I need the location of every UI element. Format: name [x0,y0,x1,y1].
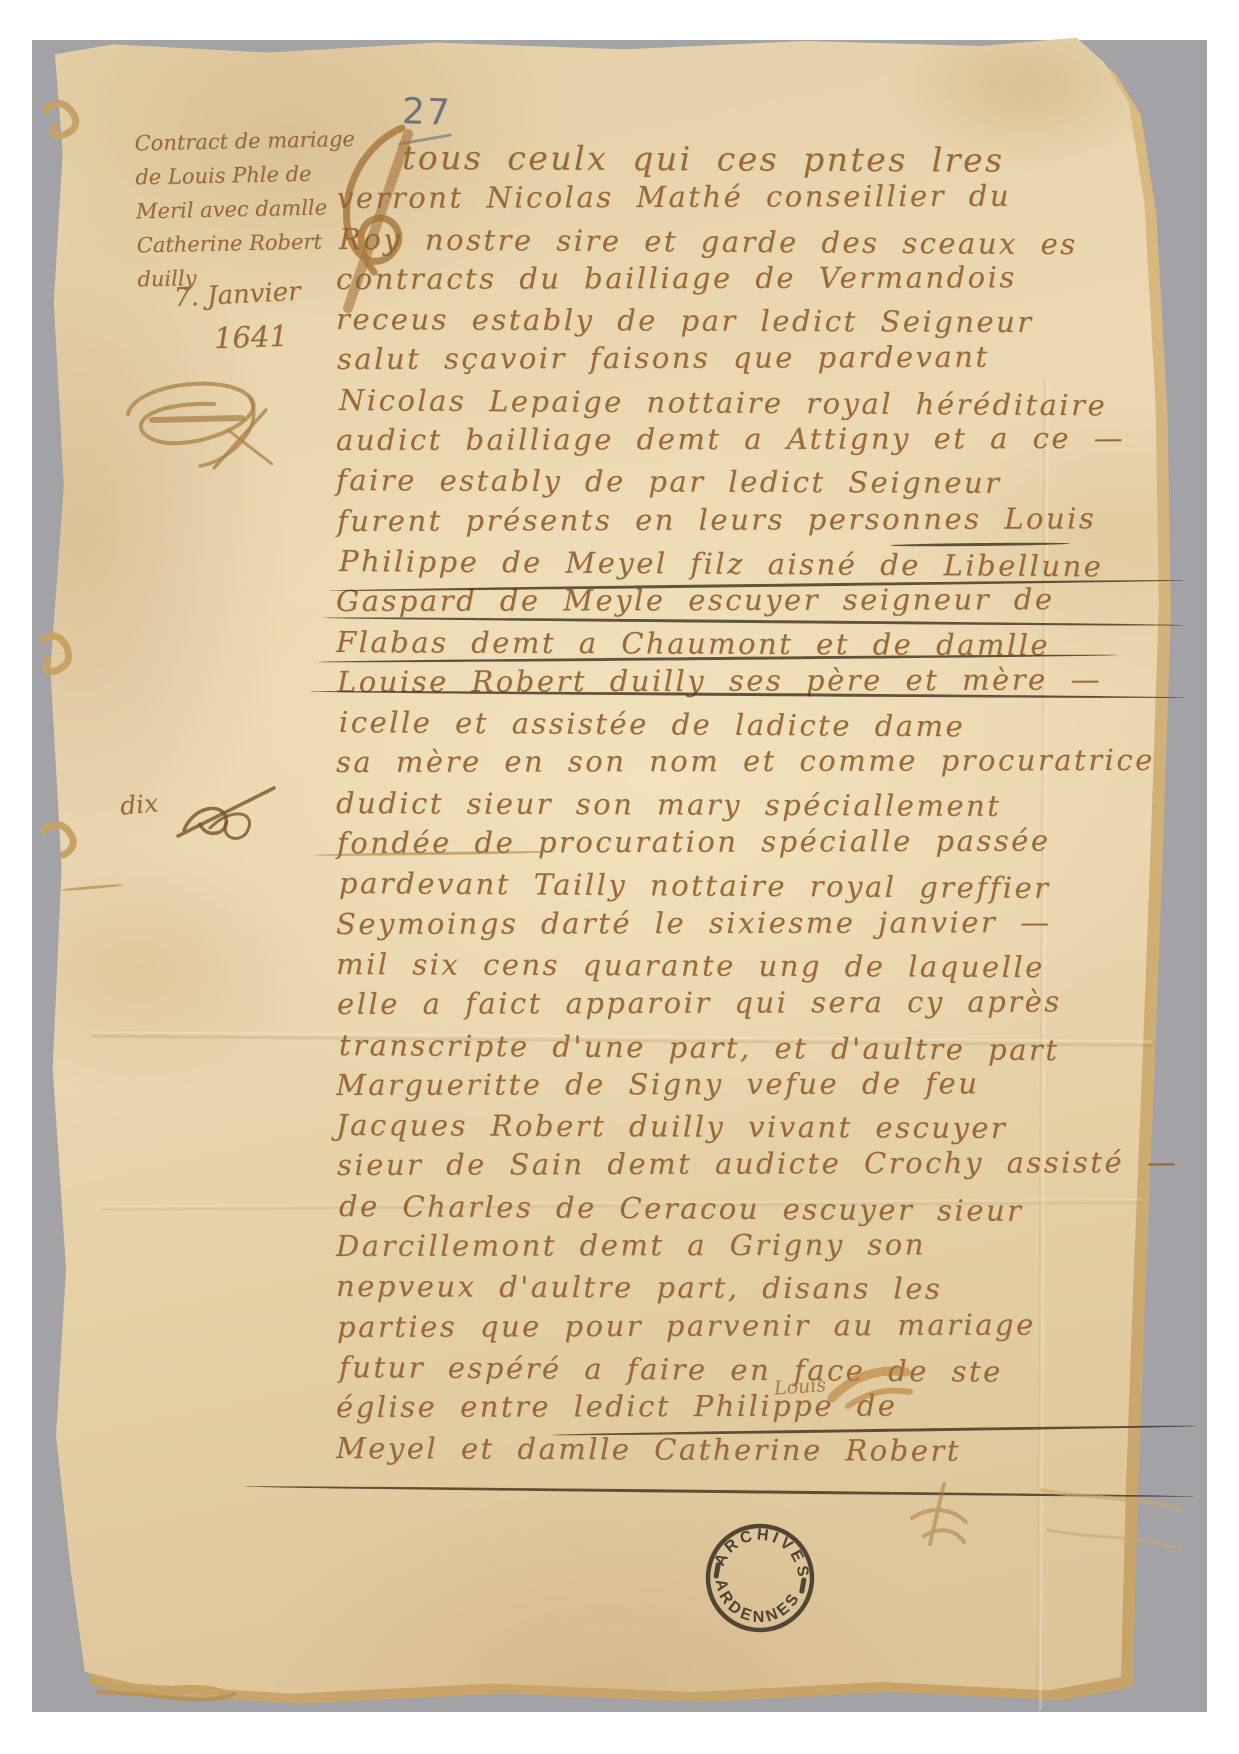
stamp-dash [713,1562,721,1579]
archives-ardennes-stamp: ARCHIVES ARDENNES [679,1497,841,1659]
manuscript-line: Margueritte de Signy vefue de feu [336,1063,1216,1106]
manuscript-line: elle a faict apparoir qui sera cy après [337,981,1217,1024]
svg-text:ARCHIVES: ARCHIVES [710,1519,819,1584]
margin-date-year: 1641 [213,319,288,356]
marginal-paraph-icon [170,778,290,848]
manuscript-line: Meyel et damlle Catherine Robert [336,1428,1216,1472]
manuscript-line: audict bailliage demt a Attigny et a ce … [336,418,1216,461]
svg-text:ARDENNES: ARDENNES [705,1575,805,1634]
flourish-icon [900,1478,990,1558]
manuscript-line: sa mère en son nom et comme procuratrice [336,740,1216,783]
manuscript-line: Seymoings darté le sixiesme janvier — [336,901,1216,944]
leaf-edges-icon [1032,1470,1192,1590]
manuscript-line: Darcillemont demt a Grigny son [336,1224,1216,1267]
manuscript-line: fondée de procuration spécialle passée [337,820,1217,863]
manuscript-body: tous ceulx qui ces pntes lresverront Nic… [336,138,1216,1468]
manuscript-line: salut sçavoir faisons que pardevant [337,336,1217,379]
scanned-document: 27 Contract de mariagede Louis Phle deMe… [0,0,1239,1754]
scanner-background: 27 Contract de mariagede Louis Phle deMe… [32,40,1207,1712]
ink-smudge-icon [822,1358,932,1418]
manuscript-line: parties que pour parvenir au mariage [337,1304,1217,1347]
manuscript-line: verront Nicolas Mathé conseillier du [337,175,1217,218]
notary-paraph-icon [116,366,286,476]
manuscript-line: furent présents en leurs personnes Louis [337,498,1217,541]
marginal-word: dix [119,788,159,820]
interlineation-word: Louis [773,1374,827,1400]
manuscript-line: sieur de Sain demt audicte Crochy assist… [337,1142,1217,1185]
manuscript-line: contracts du bailliage de Vermandois [336,257,1216,300]
